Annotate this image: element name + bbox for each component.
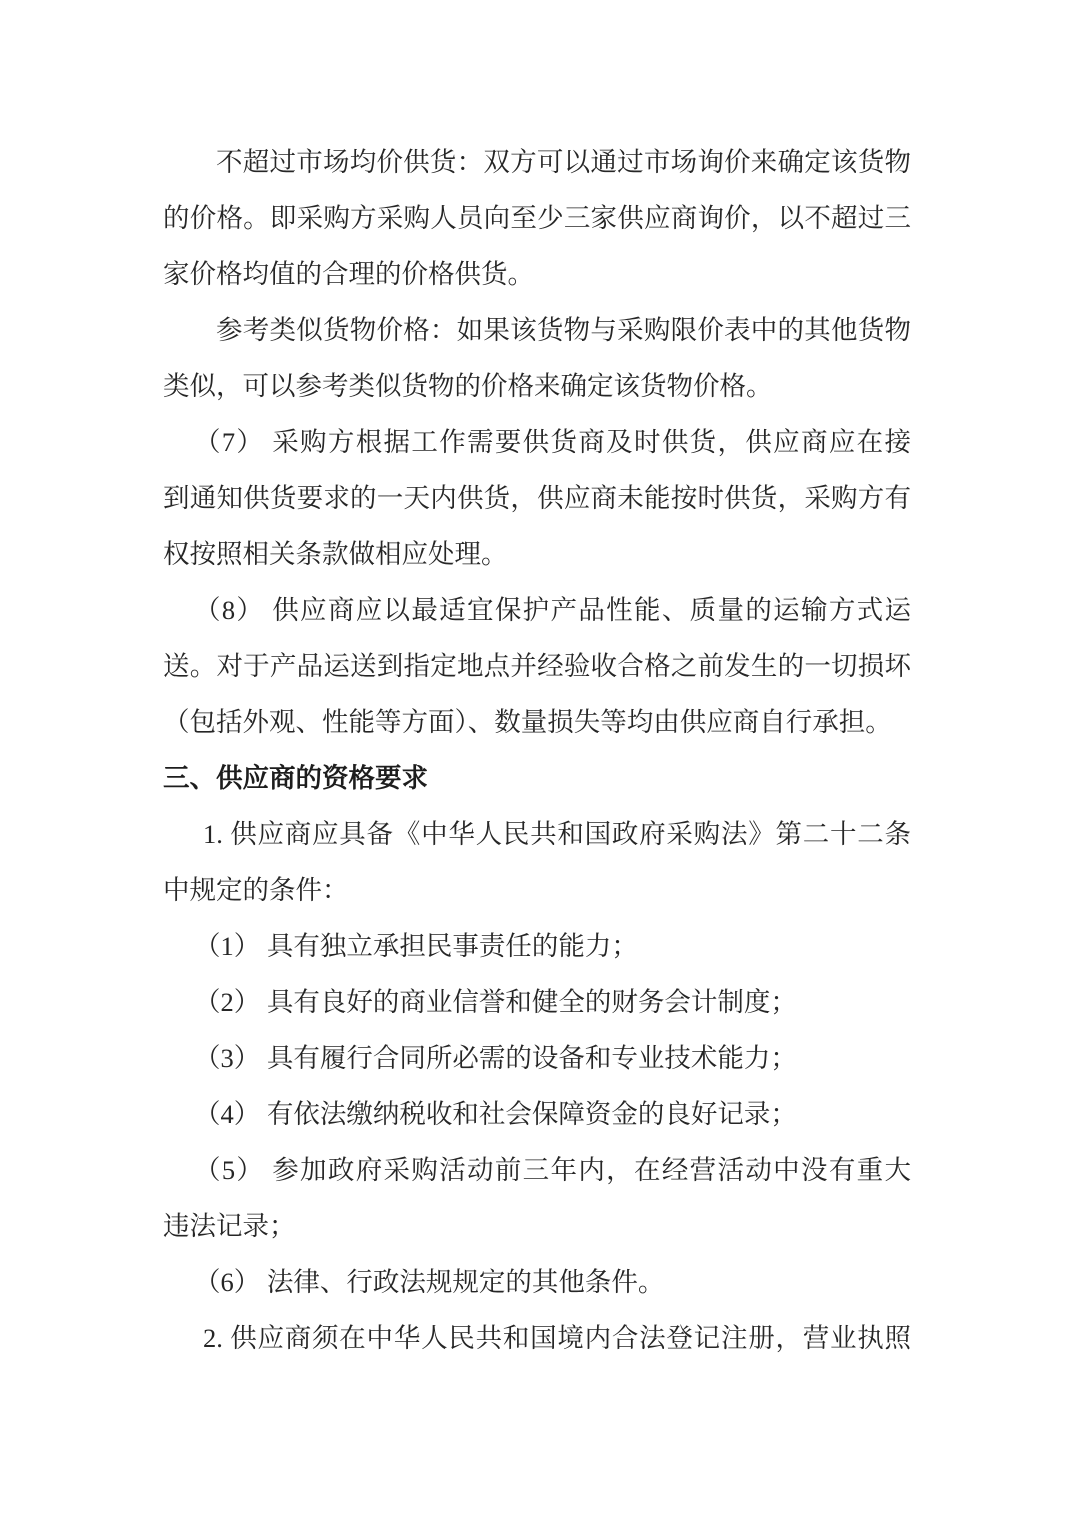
text-line: 1. 供应商应具备《中华人民共和国政府采购法》第二十二条 — [163, 806, 911, 862]
text-line: 家价格均值的合理的价格供货。 — [163, 246, 911, 302]
text-line: 违法记录； — [163, 1198, 911, 1254]
document-page: 不超过市场均价供货：双方可以通过市场询价来确定该货物的价格。即采购方采购人员向至… — [0, 0, 1074, 1520]
text-line: 的价格。即采购方采购人员向至少三家供应商询价，以不超过三 — [163, 190, 911, 246]
text-line: （1） 具有独立承担民事责任的能力； — [163, 918, 911, 974]
list-item: 2. 供应商须在中华人民共和国境内合法登记注册，营业执照 — [163, 1310, 911, 1366]
list-item: （3） 具有履行合同所必需的设备和专业技术能力； — [163, 1030, 911, 1086]
text-line: 中规定的条件： — [163, 862, 911, 918]
list-item: （6） 法律、行政法规规定的其他条件。 — [163, 1254, 911, 1310]
text-line: （2） 具有良好的商业信誉和健全的财务会计制度； — [163, 974, 911, 1030]
text-line: 三、供应商的资格要求 — [163, 750, 911, 806]
list-item: 1. 供应商应具备《中华人民共和国政府采购法》第二十二条中规定的条件： — [163, 806, 911, 918]
text-line: 类似，可以参考类似货物的价格来确定该货物价格。 — [163, 358, 911, 414]
text-line: （8） 供应商应以最适宜保护产品性能、质量的运输方式运 — [163, 582, 911, 638]
list-item: （8） 供应商应以最适宜保护产品性能、质量的运输方式运送。对于产品运送到指定地点… — [163, 582, 911, 750]
list-item: （4） 有依法缴纳税收和社会保障资金的良好记录； — [163, 1086, 911, 1142]
paragraph: 参考类似货物价格：如果该货物与采购限价表中的其他货物类似，可以参考类似货物的价格… — [163, 302, 911, 414]
text-line: 2. 供应商须在中华人民共和国境内合法登记注册，营业执照 — [163, 1310, 911, 1366]
text-line: 不超过市场均价供货：双方可以通过市场询价来确定该货物 — [163, 134, 911, 190]
text-line: （7） 采购方根据工作需要供货商及时供货，供应商应在接 — [163, 414, 911, 470]
text-line: 送。对于产品运送到指定地点并经验收合格之前发生的一切损坏 — [163, 638, 911, 694]
text-line: 到通知供货要求的一天内供货，供应商未能按时供货，采购方有 — [163, 470, 911, 526]
text-line: （包括外观、性能等方面）、数量损失等均由供应商自行承担。 — [163, 694, 911, 750]
list-item: （5） 参加政府采购活动前三年内，在经营活动中没有重大违法记录； — [163, 1142, 911, 1254]
section-heading: 三、供应商的资格要求 — [163, 750, 911, 806]
text-line: （6） 法律、行政法规规定的其他条件。 — [163, 1254, 911, 1310]
text-line: （4） 有依法缴纳税收和社会保障资金的良好记录； — [163, 1086, 911, 1142]
list-item: （7） 采购方根据工作需要供货商及时供货，供应商应在接到通知供货要求的一天内供货… — [163, 414, 911, 582]
text-line: 权按照相关条款做相应处理。 — [163, 526, 911, 582]
text-line: （5） 参加政府采购活动前三年内，在经营活动中没有重大 — [163, 1142, 911, 1198]
list-item: （2） 具有良好的商业信誉和健全的财务会计制度； — [163, 974, 911, 1030]
list-item: （1） 具有独立承担民事责任的能力； — [163, 918, 911, 974]
text-line: 参考类似货物价格：如果该货物与采购限价表中的其他货物 — [163, 302, 911, 358]
paragraph: 不超过市场均价供货：双方可以通过市场询价来确定该货物的价格。即采购方采购人员向至… — [163, 134, 911, 302]
text-line: （3） 具有履行合同所必需的设备和专业技术能力； — [163, 1030, 911, 1086]
document-body: 不超过市场均价供货：双方可以通过市场询价来确定该货物的价格。即采购方采购人员向至… — [163, 134, 911, 1366]
